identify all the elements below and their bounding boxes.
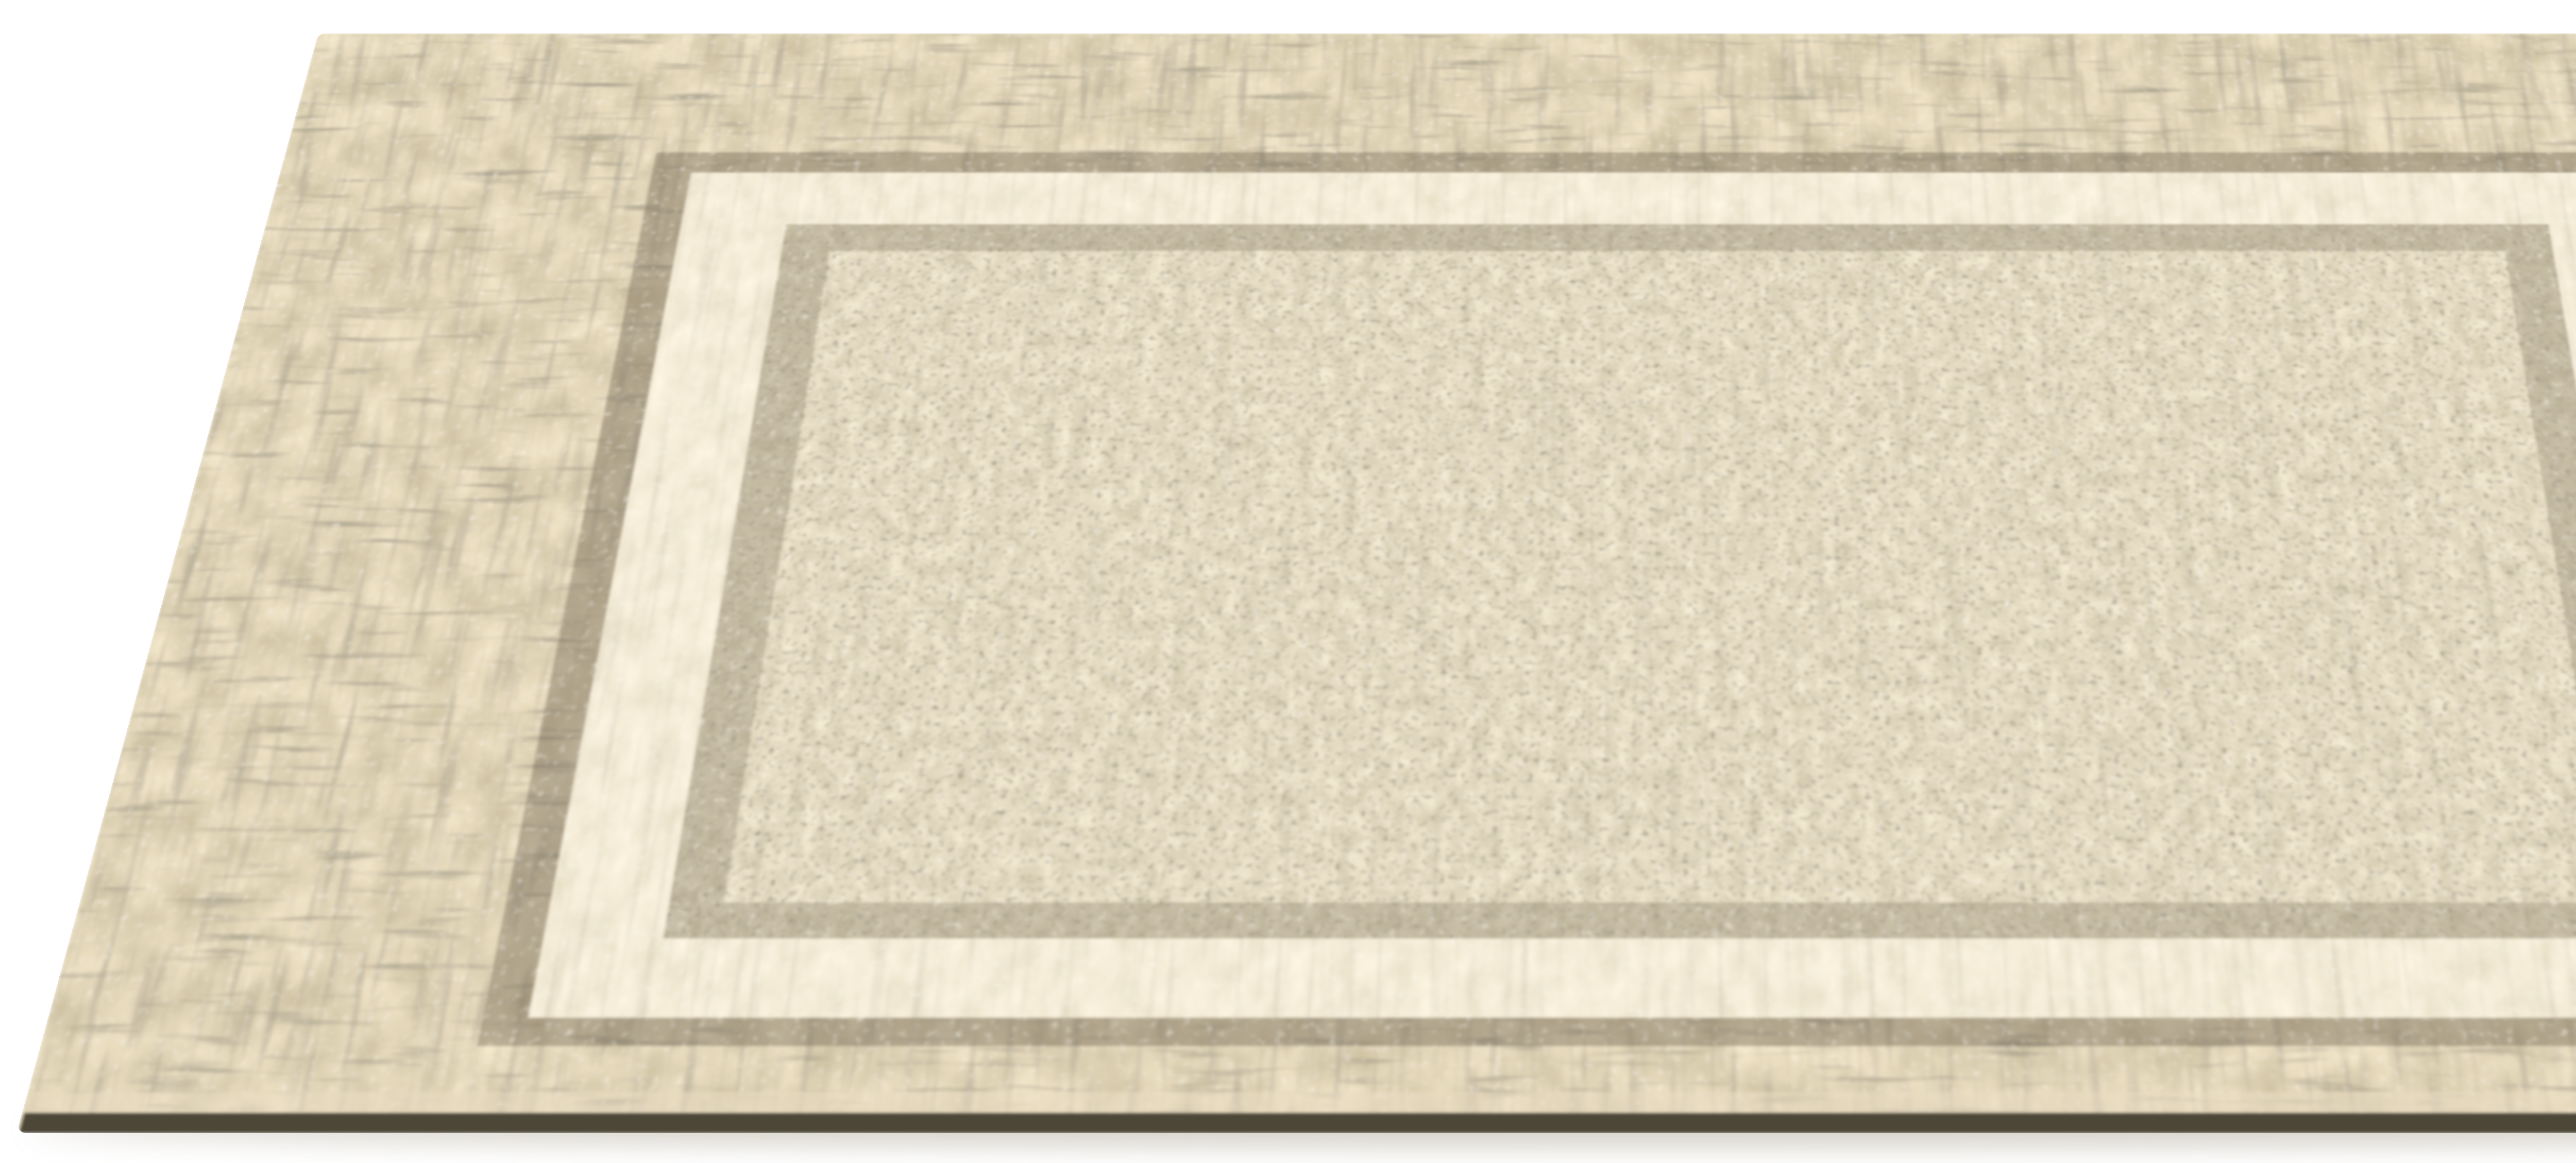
rug [16,33,2576,1133]
pile-highlight-texture [16,33,2576,1133]
rug-underside-edge [19,1113,2576,1133]
rug-graphic [16,33,2576,1133]
product-photo [0,0,2576,1163]
rug-layers [16,33,2576,1133]
photo-canvas: { "scene": { "description": "Product pho… [0,0,2576,1163]
